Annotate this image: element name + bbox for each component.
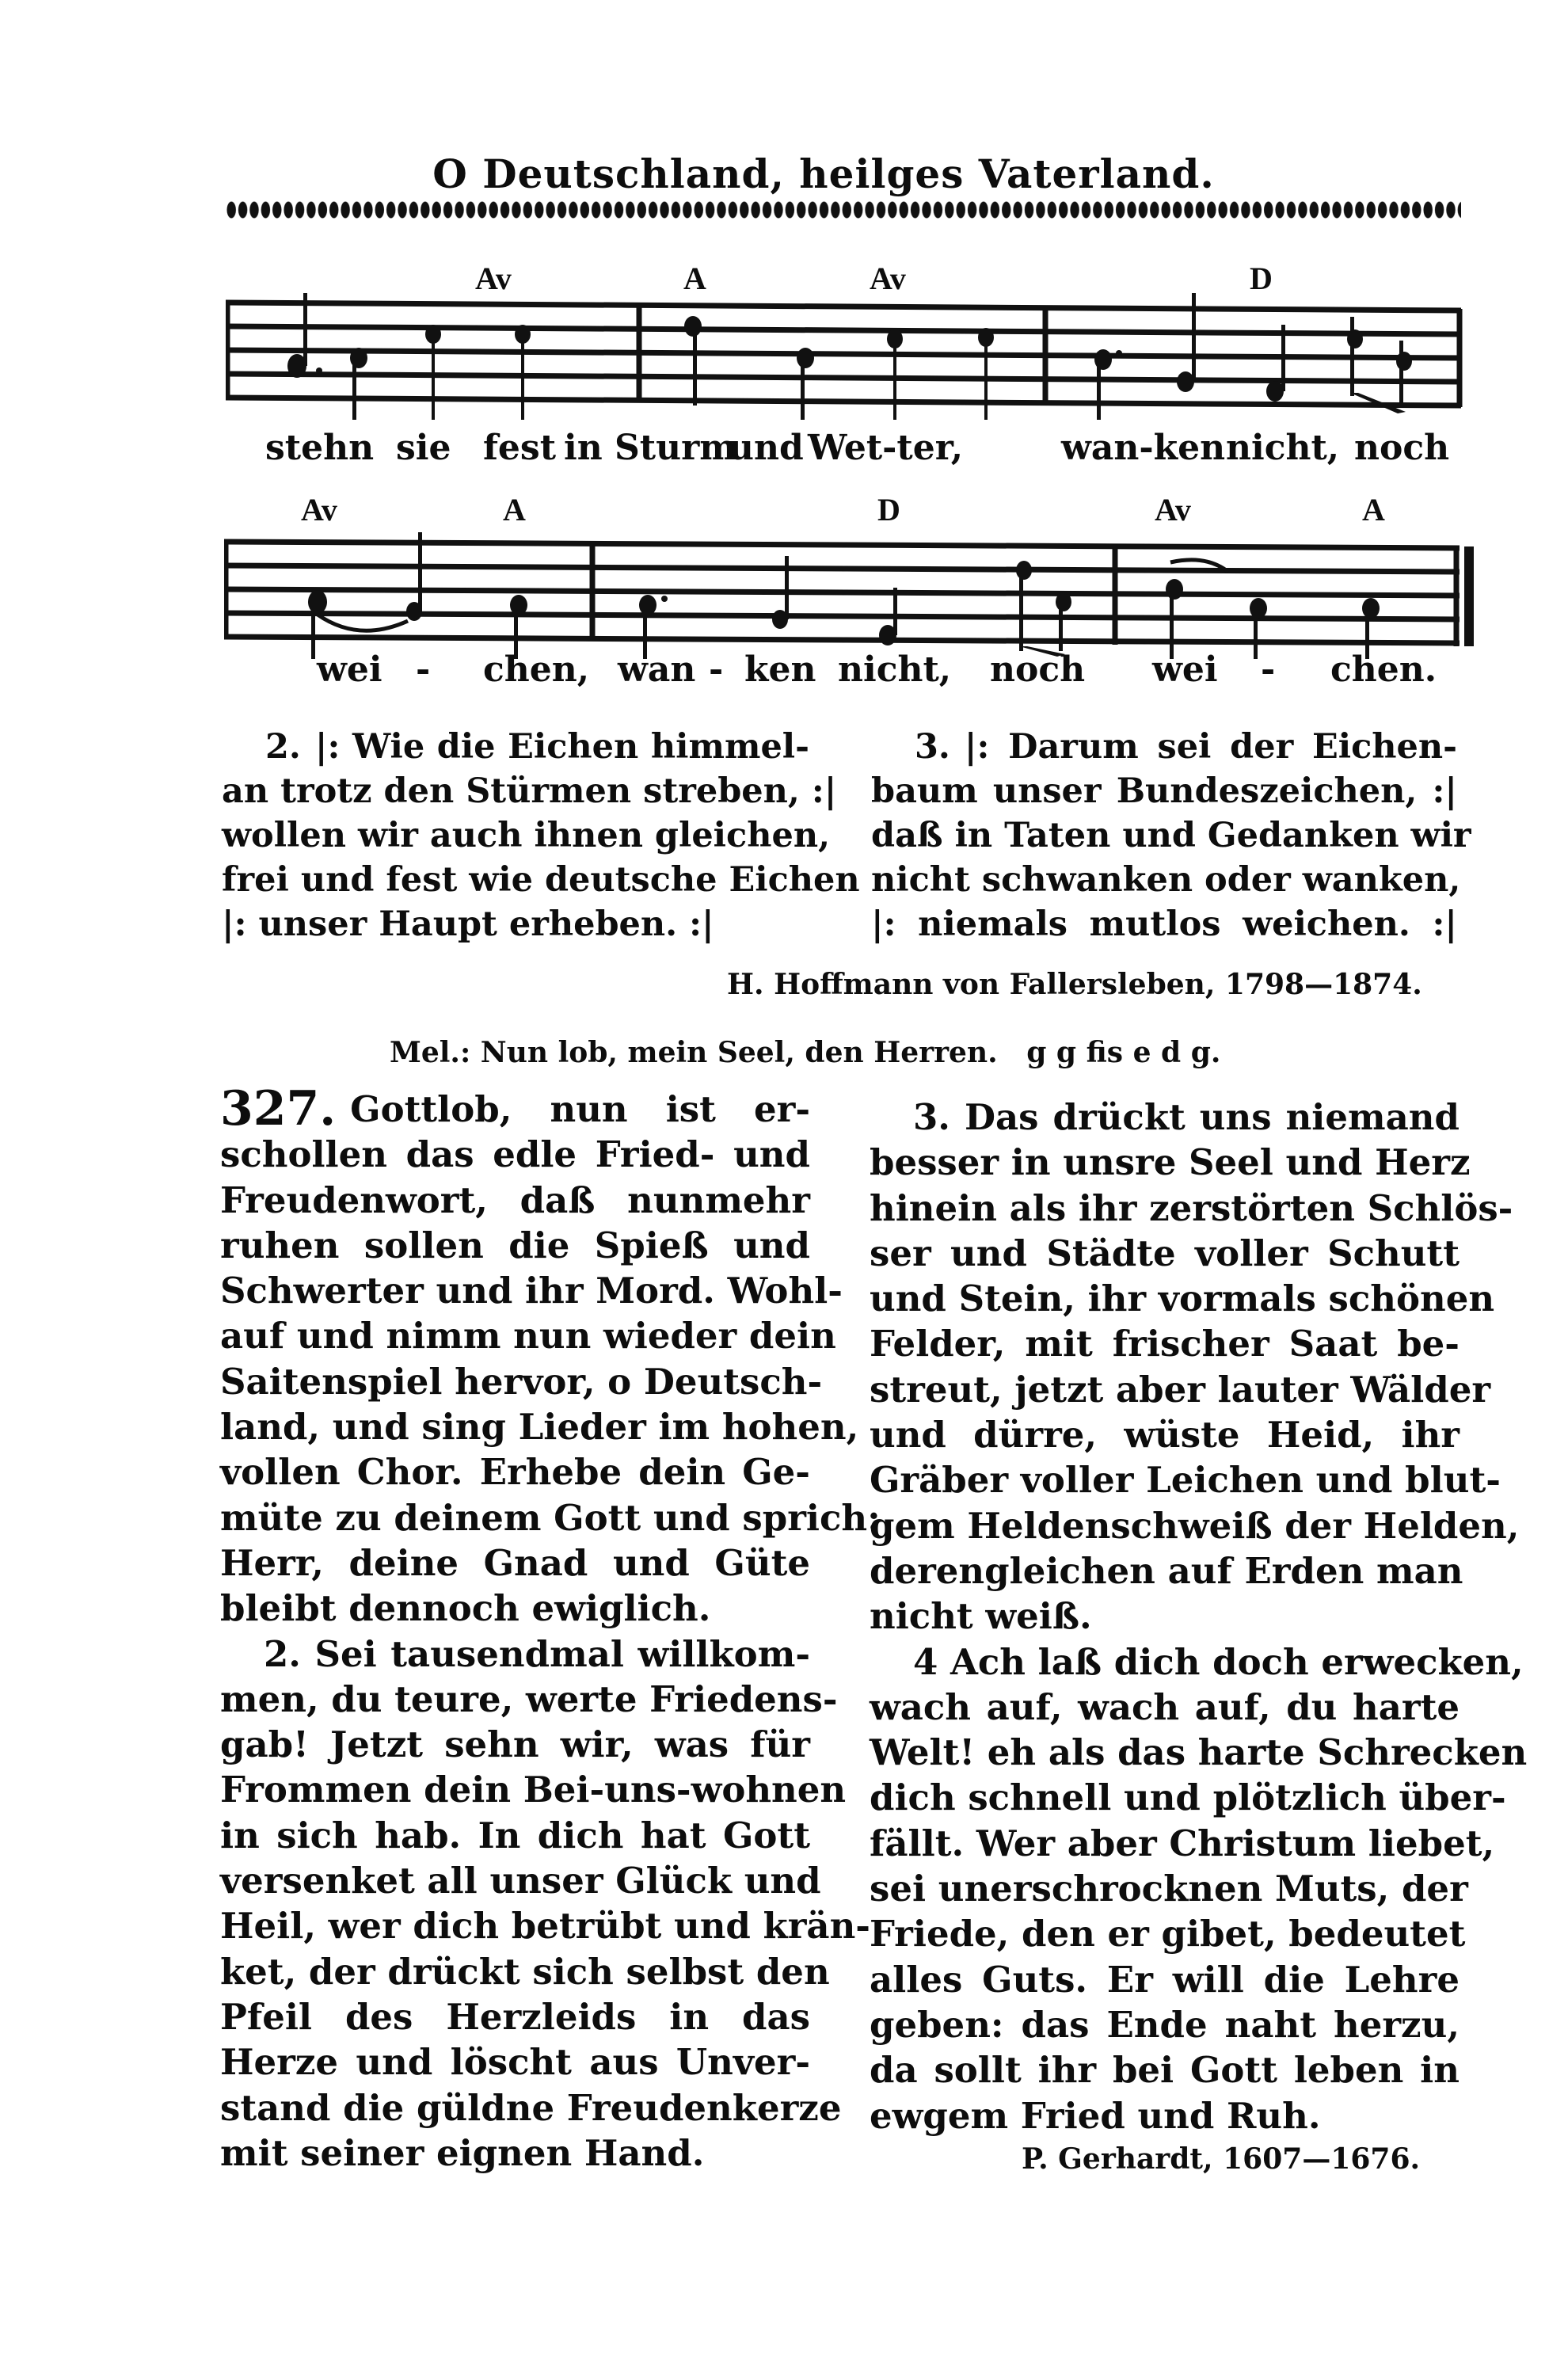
chord-symbol: Av bbox=[870, 260, 906, 297]
hymn-line: ruhen sollen die Spieß und bbox=[220, 1223, 810, 1268]
hymn-line: Pfeil des Herzleids in das bbox=[220, 1994, 810, 2039]
chord-symbol: Av bbox=[301, 491, 337, 528]
hymn-327-left-column: 327. Gottlob, nun ist er- schollen das e… bbox=[220, 1087, 810, 2176]
dotted-rule-divider bbox=[226, 200, 1461, 220]
hymn-line: fällt. Wer aber Christum liebet, bbox=[870, 1821, 1494, 1866]
hymn-line: streut, jetzt aber lauter Wälder bbox=[870, 1367, 1490, 1412]
verse-line: baum unser Bundeszeichen, :| bbox=[871, 769, 1457, 813]
lyric-hyphen: - bbox=[416, 649, 430, 690]
lyric-hyphen: - bbox=[709, 649, 723, 690]
hymn-line: Gottlob, nun ist er- bbox=[350, 1087, 810, 1132]
hymn-line: mit seiner eignen Hand. bbox=[220, 2131, 704, 2176]
lyric-syllable: und bbox=[729, 428, 804, 468]
chord-symbol: A bbox=[683, 260, 706, 297]
hymn-line: men, du teure, werte Friedens- bbox=[220, 1677, 838, 1722]
hymn-line: dich schnell und plötzlich über- bbox=[870, 1775, 1506, 1820]
verse-line: daß in Taten und Gedanken wir bbox=[871, 813, 1471, 858]
hymn-line: Schwerter und ihr Mord. Wohl- bbox=[220, 1268, 843, 1313]
hymn-line: und Stein, ihr vormals schönen bbox=[870, 1276, 1494, 1321]
hymn-line: derengleichen auf Erden man bbox=[870, 1548, 1463, 1594]
lyric-syllable: wan bbox=[618, 649, 695, 690]
hymn-line: land, und sing Lieder im hohen, bbox=[220, 1404, 858, 1449]
chord-symbol: A bbox=[503, 491, 526, 528]
hymn-line: ket, der drückt sich selbst den bbox=[220, 1949, 830, 1994]
song-verse-3: 3. |: Darum sei der Eichen- baum unser B… bbox=[871, 725, 1457, 946]
lyric-syllable: noch bbox=[990, 649, 1085, 690]
hymn-line: gem Heldenschweiß der Helden, bbox=[870, 1503, 1519, 1548]
hymn-number: 327. bbox=[220, 1087, 336, 1132]
hymn-line: schollen das edle Fried- und bbox=[220, 1132, 810, 1177]
hymn-line: Friede, den er gibet, bedeutet bbox=[870, 1911, 1465, 1956]
hymn-line: in sich hab. In dich hat Gott bbox=[220, 1813, 810, 1858]
chord-symbol: D bbox=[877, 491, 900, 528]
hymn-attribution: P. Gerhardt, 1607—1676. bbox=[1022, 2142, 1420, 2176]
hymn-line: Welt! eh als das harte Schrecken bbox=[870, 1730, 1527, 1775]
verse-line: |: Wie die Eichen himmel- bbox=[315, 725, 809, 769]
hymn-line: versenket all unser Glück und bbox=[220, 1858, 821, 1903]
hymn-line: Herze und löscht aus Unver- bbox=[220, 2039, 810, 2085]
melody-notes: g g fis e d g. bbox=[1026, 1036, 1220, 1069]
verse-number: 2. bbox=[265, 725, 301, 769]
hymn-line: 4 Ach laß dich doch erwecken, bbox=[913, 1639, 1524, 1685]
hymn-line: 3. Das drückt uns niemand bbox=[913, 1095, 1460, 1140]
hymn-line: geben: das Ende naht herzu, bbox=[870, 2002, 1460, 2047]
chord-symbol: Av bbox=[475, 260, 512, 297]
hymn-line: Herr, deine Gnad und Güte bbox=[220, 1540, 810, 1586]
lyric-syllable: stehn bbox=[265, 428, 374, 468]
hymn-line: auf und nimm nun wieder dein bbox=[220, 1313, 836, 1358]
hymn-line: Saitenspiel hervor, o Deutsch- bbox=[220, 1359, 822, 1404]
lyric-hyphen: - bbox=[1261, 649, 1275, 690]
song-verse-2: 2. |: Wie die Eichen himmel- an trotz de… bbox=[222, 725, 809, 946]
verse-line: frei und fest wie deutsche Eichen bbox=[222, 858, 860, 902]
lyric-syllable: in Sturm bbox=[564, 428, 736, 468]
hymn-line: wach auf, wach auf, du harte bbox=[870, 1685, 1460, 1730]
chord-symbol: A bbox=[1362, 491, 1385, 528]
verse-number: 3. bbox=[915, 725, 950, 769]
lyric-syllable: ken bbox=[744, 649, 816, 690]
lyric-syllable: wan-ken bbox=[1061, 428, 1225, 468]
lyric-syllable: nicht, bbox=[1226, 428, 1339, 468]
hymn-line: stand die güldne Freudenkerze bbox=[220, 2085, 841, 2131]
hymn-line: sei unerschrocknen Muts, der bbox=[870, 1866, 1468, 1911]
verse-line: nicht schwanken oder wanken, bbox=[871, 858, 1460, 902]
song-attribution: H. Hoffmann von Fallersleben, 1798—1874. bbox=[727, 968, 1422, 1001]
lyric-syllable: fest bbox=[483, 428, 556, 468]
hymn-line: müte zu deinem Gott und sprich: bbox=[220, 1495, 881, 1540]
hymn-line: und dürre, wüste Heid, ihr bbox=[870, 1412, 1460, 1457]
hymn-line: Freudenwort, daß nunmehr bbox=[220, 1178, 810, 1223]
verse-line: wollen wir auch ihnen gleichen, bbox=[222, 813, 830, 858]
music-staff-2 bbox=[224, 532, 1475, 659]
lyric-syllable: noch bbox=[1354, 428, 1449, 468]
lyric-syllable: chen. bbox=[1330, 649, 1437, 690]
hymn-line: alles Guts. Er will die Lehre bbox=[870, 1957, 1460, 2002]
hymn-line: Gräber voller Leichen und blut- bbox=[870, 1457, 1501, 1502]
hymn-line: Heil, wer dich betrübt und krän- bbox=[220, 1903, 870, 1948]
verse-line: an trotz den Stürmen streben, :| bbox=[222, 769, 836, 813]
hymn-line: 2. Sei tausendmal willkom- bbox=[264, 1632, 810, 1677]
hymn-line: ser und Städte voller Schutt bbox=[870, 1231, 1460, 1276]
lyric-syllable: wei bbox=[1152, 649, 1218, 690]
hymn-line: Felder, mit frischer Saat be- bbox=[870, 1321, 1460, 1366]
melody-reference: Mel.: Nun lob, mein Seel, den Herren. g … bbox=[390, 1036, 1220, 1069]
chord-symbol: Av bbox=[1155, 491, 1191, 528]
hymn-line: da sollt ihr bei Gott leben in bbox=[870, 2047, 1460, 2092]
hymn-line: gab! Jetzt sehn wir, was für bbox=[220, 1722, 810, 1767]
verse-line: |: Darum sei der Eichen- bbox=[965, 725, 1457, 769]
hymn-327-right-column: 3. Das drückt uns niemand besser in unsr… bbox=[870, 1095, 1460, 2138]
verse-line: |: niemals mutlos weichen. :| bbox=[871, 902, 1457, 946]
hymn-line: nicht weiß. bbox=[870, 1594, 1092, 1639]
lyric-syllable: sie bbox=[396, 428, 451, 468]
music-staff-1 bbox=[226, 293, 1469, 420]
hymn-line: hinein als ihr zerstörten Schlös- bbox=[870, 1186, 1513, 1231]
verse-line: |: unser Haupt erheben. :| bbox=[222, 902, 714, 946]
chord-symbol: D bbox=[1250, 260, 1273, 297]
melody-title: Mel.: Nun lob, mein Seel, den Herren. bbox=[390, 1036, 998, 1069]
hymn-line: ewgem Fried und Ruh. bbox=[870, 2093, 1321, 2138]
lyric-syllable: chen, bbox=[483, 649, 589, 690]
song-title: O Deutschland, heilges Vaterland. bbox=[0, 150, 1568, 197]
lyric-syllable: wei bbox=[317, 649, 382, 690]
hymn-line: besser in unsre Seel und Herz bbox=[870, 1140, 1471, 1185]
hymn-line: bleibt dennoch ewiglich. bbox=[220, 1586, 710, 1631]
lyric-syllable: Wet-ter, bbox=[808, 428, 963, 468]
hymn-line: vollen Chor. Erhebe dein Ge- bbox=[220, 1449, 810, 1495]
hymn-line: Frommen dein Bei-uns-wohnen bbox=[220, 1767, 846, 1812]
lyric-syllable: nicht, bbox=[838, 649, 951, 690]
